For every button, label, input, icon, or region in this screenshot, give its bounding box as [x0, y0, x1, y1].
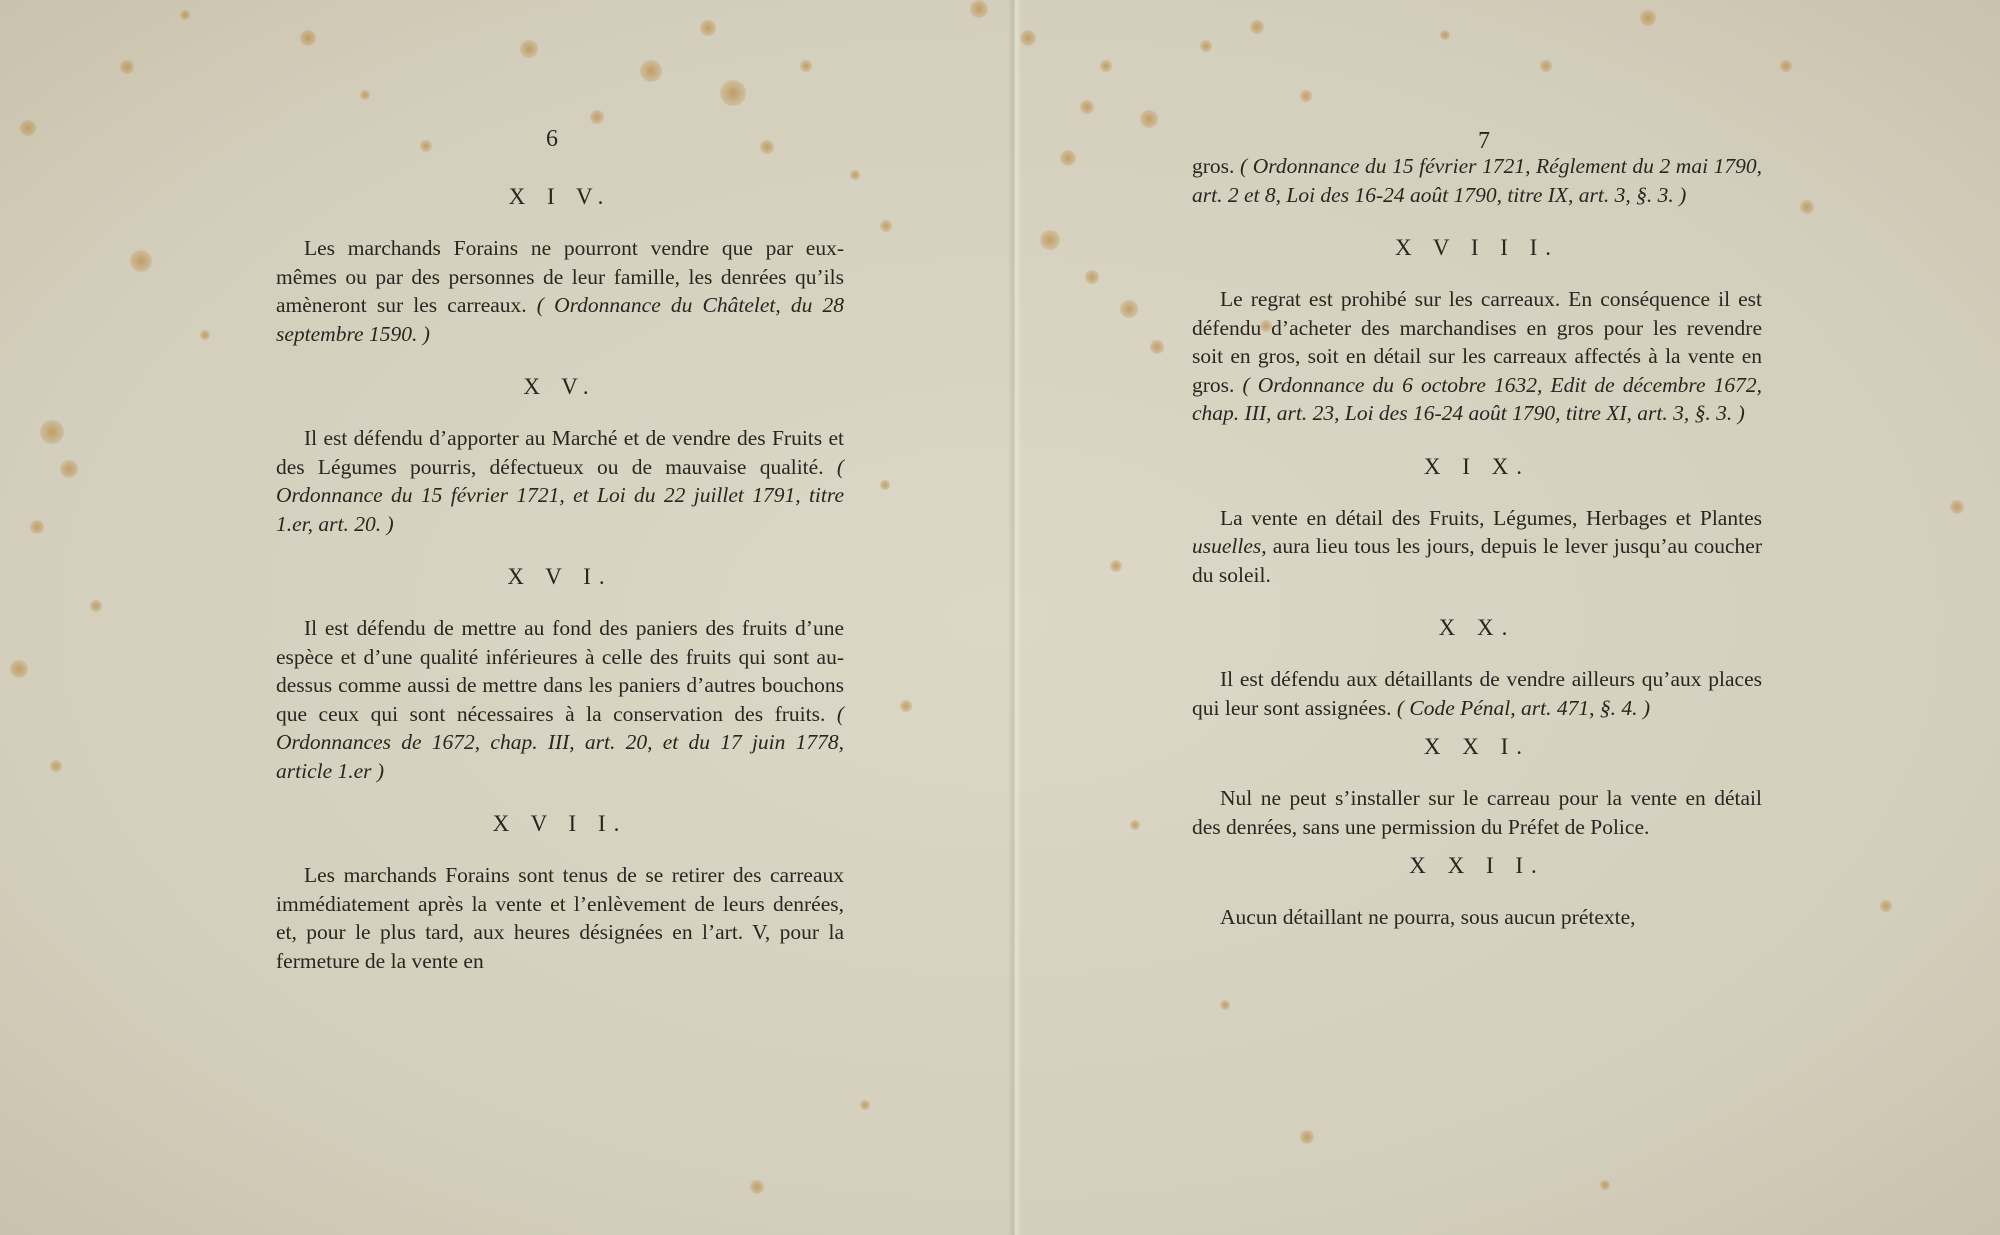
left-page-content: X I V. Les marchands Forains ne pourront…	[276, 182, 844, 989]
book-gutter	[1008, 0, 1022, 1235]
article-number: X I V.	[276, 182, 844, 212]
article-number: X X I I.	[1192, 851, 1762, 881]
article-text: Les marchands Forains ne pourront vendre…	[276, 234, 844, 348]
book-spread: 6 X I V. Les marchands Forains ne pourro…	[0, 0, 2000, 1235]
article-text: Le regrat est prohibé sur les carreaux. …	[1192, 285, 1762, 428]
right-page-content: gros. ( Ordonnance du 15 février 1721, R…	[1192, 152, 1762, 946]
article-text: Il est défendu aux détaillants de vendre…	[1192, 665, 1762, 722]
legal-citation: ( Code Pénal, art. 471, §. 4. )	[1397, 696, 1650, 720]
article-text: Aucun détaillant ne pourra, sous aucun p…	[1192, 903, 1762, 932]
article-number: X X I.	[1192, 732, 1762, 762]
legal-citation: ( Ordonnance du 15 février 1721, Régleme…	[1192, 154, 1762, 207]
legal-citation: ( Ordonnance du 6 octobre 1632, Edit de …	[1192, 373, 1762, 426]
page-number: 6	[546, 126, 558, 153]
article-number: X V I I I.	[1192, 233, 1762, 263]
article-number: X V I.	[276, 562, 844, 592]
page-number: 7	[1478, 128, 1490, 155]
article-number: X V.	[276, 372, 844, 402]
article-number: X X.	[1192, 613, 1762, 643]
article-text: Les marchands Forains sont tenus de se r…	[276, 861, 844, 975]
article-number: X I X.	[1192, 452, 1762, 482]
article-text: Il est défendu de mettre au fond des pan…	[276, 614, 844, 785]
article-text: Nul ne peut s’installer sur le carreau p…	[1192, 784, 1762, 841]
article-text: Il est défendu d’apporter au Marché et d…	[276, 424, 844, 538]
article-text: La vente en détail des Fruits, Légumes, …	[1192, 504, 1762, 590]
article-number: X V I I.	[276, 809, 844, 839]
continued-text: gros. ( Ordonnance du 15 février 1721, R…	[1192, 152, 1762, 209]
